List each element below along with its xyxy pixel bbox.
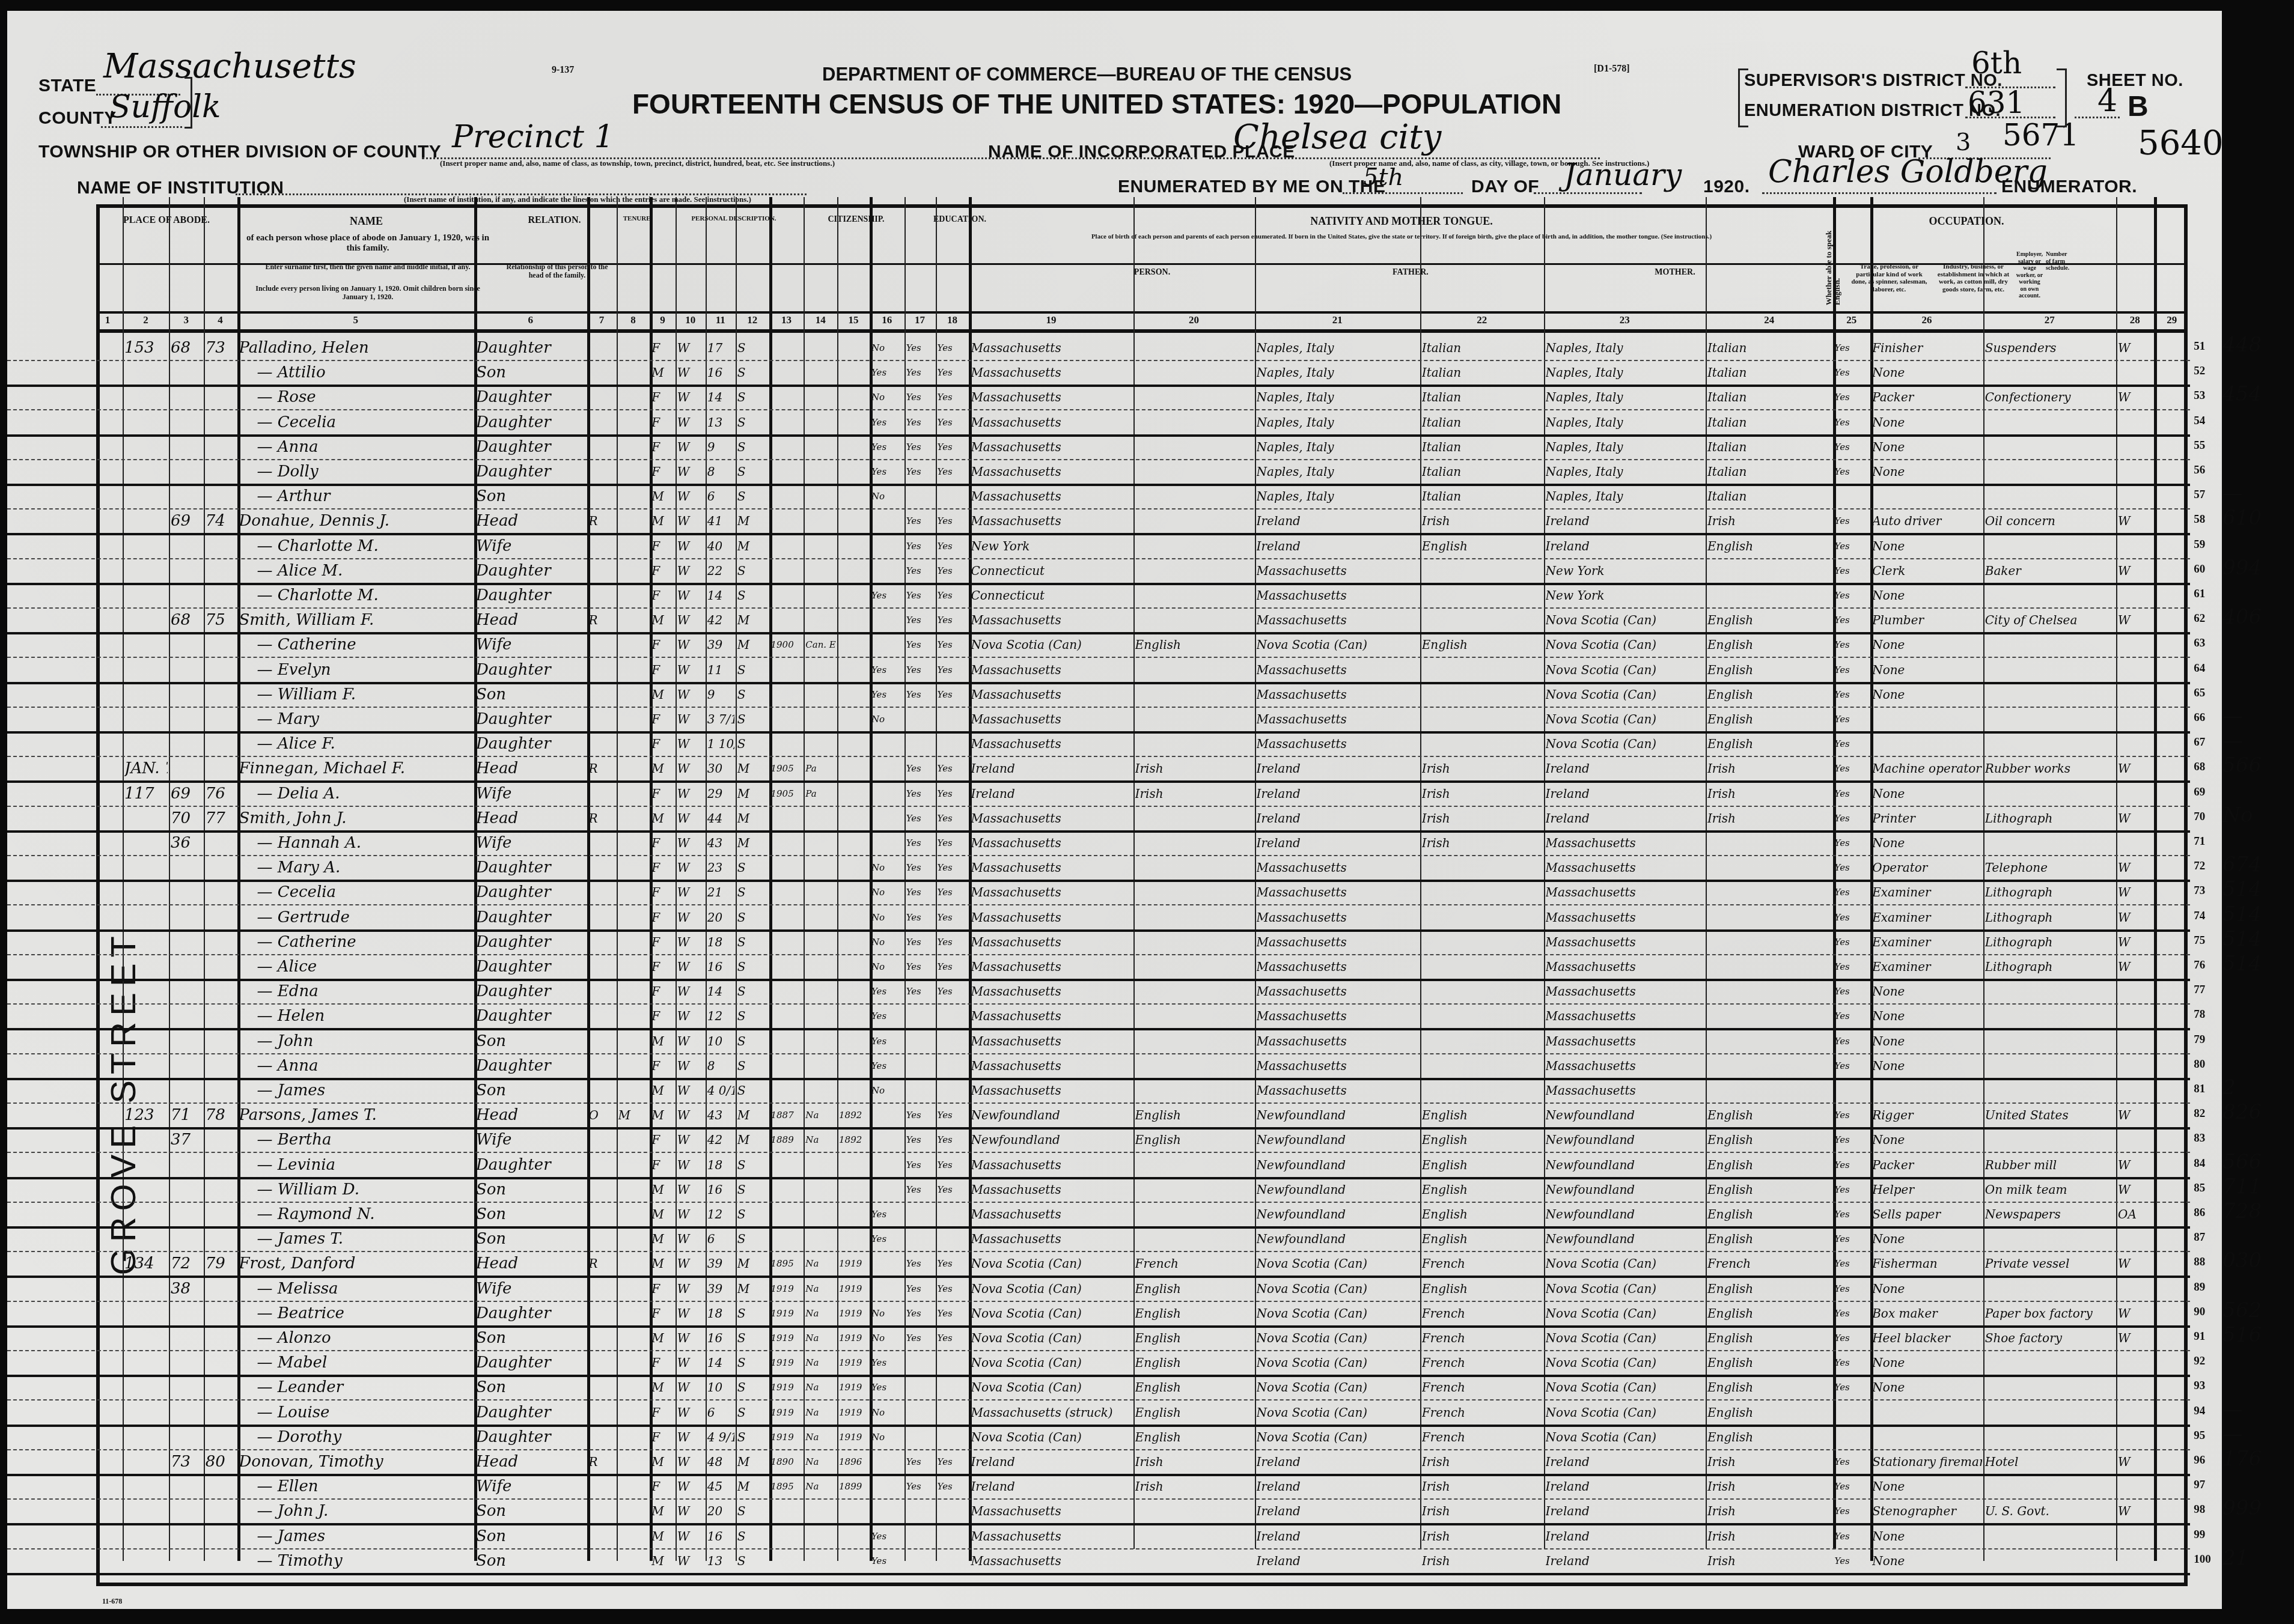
father-mother-tongue: English xyxy=(1422,1178,1543,1201)
house-number xyxy=(124,683,168,706)
race: W xyxy=(677,931,704,953)
dwelling-number xyxy=(171,1203,203,1226)
table-row: 57 — Arthur Son M W 6 S No Massachusetts… xyxy=(7,484,2190,509)
nativity-person: PERSON. xyxy=(1017,268,1287,278)
person-name: — Alice M. xyxy=(239,559,491,582)
employer-class: W xyxy=(2118,609,2153,631)
industry: U. S. Govt. xyxy=(1985,1500,2115,1522)
race: W xyxy=(677,559,704,582)
marital-status: M xyxy=(737,1104,768,1127)
employer-class: W xyxy=(2118,1154,2153,1176)
father-place-of-birth: Naples, Italy xyxy=(1257,460,1419,483)
age: 14 xyxy=(707,584,734,607)
line-number: 97 xyxy=(2194,1479,2205,1492)
farm-schedule xyxy=(2156,832,2189,854)
age: 22 xyxy=(707,559,734,582)
father-mother-tongue xyxy=(1422,683,1543,706)
naturalized xyxy=(805,658,836,681)
race: W xyxy=(677,1030,704,1053)
house-number xyxy=(124,411,168,434)
house-number xyxy=(124,955,168,978)
column-number: 13 xyxy=(769,314,804,326)
dwelling-number xyxy=(171,1327,203,1349)
person-name: — William D. xyxy=(239,1178,491,1201)
family-number xyxy=(206,931,236,953)
can-write: Yes xyxy=(938,509,968,532)
naturalized xyxy=(805,386,836,409)
tenure xyxy=(589,460,615,483)
line-number: 75 xyxy=(2194,934,2205,947)
can-read: Yes xyxy=(906,1252,935,1275)
person-name: Donahue, Dennis J. xyxy=(239,509,473,532)
line-number: 76 xyxy=(2194,959,2205,972)
father-mother-tongue: English xyxy=(1422,633,1543,656)
dwelling-number xyxy=(171,1302,203,1325)
marital-status: S xyxy=(737,1401,768,1424)
father-place-of-birth: Nova Scotia (Can) xyxy=(1257,633,1419,656)
occupation: None xyxy=(1872,535,1982,558)
race: W xyxy=(677,633,704,656)
occupation: Auto driver xyxy=(1872,509,1982,532)
father-place-of-birth: Ireland xyxy=(1257,1525,1419,1548)
naturalized: Pa xyxy=(805,782,836,805)
father-place-of-birth: Massachusetts xyxy=(1257,1079,1419,1102)
column-number: 16 xyxy=(870,314,904,326)
employer-class: W xyxy=(2118,856,2153,879)
can-read: Yes xyxy=(906,980,935,1003)
person-name: — Attilio xyxy=(239,361,491,384)
person-name: — Rose xyxy=(239,386,491,409)
race: W xyxy=(677,584,704,607)
naturalization-year xyxy=(839,832,868,854)
speaks-english: Yes xyxy=(1835,361,1870,384)
occupation: Plumber xyxy=(1872,609,1982,631)
relation: Son xyxy=(476,683,586,706)
person-name: — Alice xyxy=(239,955,491,978)
mortgage xyxy=(618,1128,649,1151)
age: 40 xyxy=(707,535,734,558)
father-mother-tongue: English xyxy=(1422,1203,1543,1226)
father-place-of-birth: Ireland xyxy=(1257,832,1419,854)
relation: Daughter xyxy=(476,411,586,434)
mother-place-of-birth: Massachusetts xyxy=(1546,1030,1704,1053)
dwelling-number xyxy=(171,1054,203,1077)
mother-place-of-birth: Nova Scotia (Can) xyxy=(1546,1327,1704,1349)
column-number: 8 xyxy=(617,314,650,326)
tenure xyxy=(589,535,615,558)
attended-school xyxy=(871,1178,903,1201)
sex: F xyxy=(651,658,674,681)
line-number: 74 xyxy=(2194,910,2205,923)
father-mother-tongue: Irish xyxy=(1422,1475,1543,1498)
immigration-year xyxy=(771,856,803,879)
immigration-year xyxy=(771,584,803,607)
occupation: None xyxy=(1872,436,1982,458)
farm-schedule xyxy=(2156,1450,2189,1473)
sex: F xyxy=(651,633,674,656)
mother-tongue: English xyxy=(1135,633,1254,656)
relation: Son xyxy=(476,1030,586,1053)
mother-place-of-birth: Nova Scotia (Can) xyxy=(1546,708,1704,731)
table-row: 52 — Attilio Son M W 16 S Yes Yes Yes Ma… xyxy=(7,360,2190,387)
naturalized xyxy=(805,361,836,384)
mother-tongue: English xyxy=(1135,1426,1254,1449)
industry: Baker xyxy=(1985,559,2115,582)
dwelling-number xyxy=(171,1227,203,1250)
tenure: R xyxy=(589,609,615,631)
age: 30 xyxy=(707,757,734,780)
naturalization-year xyxy=(839,807,868,830)
mother-tongue xyxy=(1135,386,1254,409)
race: W xyxy=(677,1128,704,1151)
occupation: Examiner xyxy=(1872,906,1982,929)
race: W xyxy=(677,1549,704,1572)
occupation: Examiner xyxy=(1872,931,1982,953)
father-mother-tongue: French xyxy=(1422,1327,1543,1349)
sex: F xyxy=(651,1128,674,1151)
can-write: Yes xyxy=(938,535,968,558)
mortgage xyxy=(618,1252,649,1275)
naturalized: Na xyxy=(805,1426,836,1449)
mother-mother-tongue xyxy=(1707,906,1832,929)
speaks-english: Yes xyxy=(1835,1327,1870,1349)
dwelling-number xyxy=(171,460,203,483)
speaks-english: Yes xyxy=(1835,782,1870,805)
tenure xyxy=(589,931,615,953)
immigration-year: 1890 xyxy=(771,1450,803,1473)
occupation: None xyxy=(1872,361,1982,384)
dwelling-number xyxy=(171,584,203,607)
table-row: 61 — Charlotte M. Daughter F W 14 S Yes … xyxy=(7,583,2190,609)
can-read: Yes xyxy=(906,683,935,706)
person-name: — Louise xyxy=(239,1401,491,1424)
mother-place-of-birth: Massachusetts xyxy=(1546,955,1704,978)
house-number xyxy=(124,1327,168,1349)
farm-schedule xyxy=(2156,361,2189,384)
mother-mother-tongue: English xyxy=(1707,1128,1832,1151)
race: W xyxy=(677,708,704,731)
mother-mother-tongue: English xyxy=(1707,1277,1832,1300)
attended-school: No xyxy=(871,1302,903,1325)
house-number xyxy=(124,1005,168,1027)
occupation: None xyxy=(1872,460,1982,483)
father-place-of-birth: Ireland xyxy=(1257,807,1419,830)
place-of-birth: Massachusetts xyxy=(971,980,1132,1003)
marital-status: S xyxy=(737,1302,768,1325)
naturalized: Na xyxy=(805,1450,836,1473)
attended-school xyxy=(871,1450,903,1473)
farm-schedule xyxy=(2156,1500,2189,1522)
table-row: 51 153 68 73 Palladino, Helen Daughter F… xyxy=(7,335,2190,361)
can-write xyxy=(938,1005,968,1027)
race: W xyxy=(677,1079,704,1102)
father-mother-tongue xyxy=(1422,980,1543,1003)
line-number: 87 xyxy=(2194,1231,2205,1244)
race: W xyxy=(677,1203,704,1226)
tenure xyxy=(589,881,615,904)
industry xyxy=(1985,1475,2115,1498)
dwelling-number xyxy=(171,559,203,582)
house-number xyxy=(124,509,168,532)
relation: Wife xyxy=(476,535,586,558)
age: 16 xyxy=(707,955,734,978)
marital-status: S xyxy=(737,361,768,384)
marital-status: S xyxy=(737,336,768,359)
father-place-of-birth: Massachusetts xyxy=(1257,1005,1419,1027)
mother-tongue xyxy=(1135,609,1254,631)
employer-class: W xyxy=(2118,1327,2153,1349)
mortgage xyxy=(618,683,649,706)
sex: F xyxy=(651,1277,674,1300)
immigration-year xyxy=(771,980,803,1003)
naturalized: Na xyxy=(805,1327,836,1349)
mother-place-of-birth: Nova Scotia (Can) xyxy=(1546,1426,1704,1449)
family-number: 73 xyxy=(206,336,236,359)
can-write: Yes xyxy=(938,856,968,879)
farm-schedule xyxy=(2156,609,2189,631)
mother-place-of-birth: Newfoundland xyxy=(1546,1128,1704,1151)
attended-school xyxy=(871,1277,903,1300)
mother-place-of-birth: Naples, Italy xyxy=(1546,460,1704,483)
can-read: Yes xyxy=(906,1154,935,1176)
mother-mother-tongue xyxy=(1707,1005,1832,1027)
industry: Lithograph xyxy=(1985,881,2115,904)
age: 29 xyxy=(707,782,734,805)
house-number xyxy=(124,386,168,409)
race: W xyxy=(677,1376,704,1399)
attended-school xyxy=(871,633,903,656)
can-write: Yes xyxy=(938,1302,968,1325)
mother-mother-tongue xyxy=(1707,1079,1832,1102)
mother-tongue: English xyxy=(1135,1351,1254,1374)
father-mother-tongue xyxy=(1422,856,1543,879)
occupation xyxy=(1872,1079,1982,1102)
naturalization-year xyxy=(839,1549,868,1572)
line-number: 90 xyxy=(2194,1306,2205,1319)
group-tenure: TENURE. xyxy=(611,215,664,223)
relation: Daughter xyxy=(476,1054,586,1077)
father-place-of-birth: Massachusetts xyxy=(1257,980,1419,1003)
naturalized: Na xyxy=(805,1302,836,1325)
mother-tongue xyxy=(1135,1525,1254,1548)
naturalization-year xyxy=(839,782,868,805)
mother-tongue xyxy=(1135,1005,1254,1027)
person-name: — Melissa xyxy=(239,1277,491,1300)
naturalized: Na xyxy=(805,1252,836,1275)
mother-place-of-birth: Newfoundland xyxy=(1546,1178,1704,1201)
immigration-year: 1889 xyxy=(771,1128,803,1151)
mortgage xyxy=(618,609,649,631)
occupation: Machine operator xyxy=(1872,757,1982,780)
age: 10 xyxy=(707,1376,734,1399)
person-name: Smith, William F. xyxy=(239,609,473,631)
place-of-birth: Connecticut xyxy=(971,584,1132,607)
race: W xyxy=(677,609,704,631)
mother-mother-tongue: Irish xyxy=(1707,1450,1832,1473)
naturalized xyxy=(805,1178,836,1201)
line-number: 73 xyxy=(2194,884,2205,898)
occupation: Stationary fireman xyxy=(1872,1450,1982,1473)
farm-schedule xyxy=(2156,931,2189,953)
marital-status: M xyxy=(737,1475,768,1498)
employer-class xyxy=(2118,708,2153,731)
attended-school: Yes xyxy=(871,584,903,607)
person-name: — Levinia xyxy=(239,1154,491,1176)
race: W xyxy=(677,832,704,854)
naturalization-year xyxy=(839,1154,868,1176)
attended-school: Yes xyxy=(871,658,903,681)
speaks-english: Yes xyxy=(1835,411,1870,434)
dwelling-number xyxy=(171,361,203,384)
tenure xyxy=(589,1277,615,1300)
father-mother-tongue: Irish xyxy=(1422,1500,1543,1522)
table-row: 97 — Ellen Wife F W 45 M 1895 Na 1899 Ye… xyxy=(7,1474,2190,1500)
can-read: Yes xyxy=(906,460,935,483)
industry xyxy=(1985,683,2115,706)
attended-school xyxy=(871,1128,903,1151)
township-note: (Insert proper name and, also, name of c… xyxy=(440,159,835,168)
relation: Daughter xyxy=(476,460,586,483)
line-number: 95 xyxy=(2194,1429,2205,1443)
relation: Daughter xyxy=(476,658,586,681)
can-write: Yes xyxy=(938,931,968,953)
place-of-birth: Massachusetts xyxy=(971,931,1132,953)
mother-mother-tongue: Irish xyxy=(1707,1549,1832,1572)
father-place-of-birth: Naples, Italy xyxy=(1257,336,1419,359)
naturalization-year xyxy=(839,559,868,582)
column-number: 19 xyxy=(969,314,1133,326)
marital-status: S xyxy=(737,1203,768,1226)
margin-code: 610 xyxy=(2222,506,2262,530)
relation: Daughter xyxy=(476,906,586,929)
age: 14 xyxy=(707,1351,734,1374)
attended-school: No xyxy=(871,955,903,978)
age: 45 xyxy=(707,1475,734,1498)
speaks-english: Yes xyxy=(1835,336,1870,359)
mother-place-of-birth: Nova Scotia (Can) xyxy=(1546,1302,1704,1325)
relation: Daughter xyxy=(476,1154,586,1176)
dwelling-number: 70 xyxy=(171,807,203,830)
can-read: Yes xyxy=(906,1302,935,1325)
race: W xyxy=(677,1154,704,1176)
column-number: 22 xyxy=(1420,314,1544,326)
farm-schedule xyxy=(2156,1128,2189,1151)
age: 17 xyxy=(707,336,734,359)
marital-status: S xyxy=(737,881,768,904)
sex: F xyxy=(651,1401,674,1424)
sex: M xyxy=(651,1079,674,1102)
immigration-year xyxy=(771,807,803,830)
age: 13 xyxy=(707,411,734,434)
race: W xyxy=(677,1525,704,1548)
margin-code: 562 xyxy=(2222,1298,2262,1322)
house-number xyxy=(124,485,168,508)
nativity-mother: MOTHER. xyxy=(1543,268,1807,278)
mother-tongue: English xyxy=(1135,1128,1254,1151)
mother-mother-tongue: Irish xyxy=(1707,1475,1832,1498)
naturalized xyxy=(805,535,836,558)
mother-place-of-birth: New York xyxy=(1546,584,1704,607)
dwelling-number xyxy=(171,708,203,731)
margin-code: 514 xyxy=(2222,952,2262,976)
father-mother-tongue: French xyxy=(1422,1302,1543,1325)
place-of-birth: Nova Scotia (Can) xyxy=(971,1277,1132,1300)
speaks-english: Yes xyxy=(1835,955,1870,978)
naturalized xyxy=(805,832,836,854)
place-of-birth: Ireland xyxy=(971,1475,1132,1498)
race: W xyxy=(677,1104,704,1127)
mother-tongue xyxy=(1135,509,1254,532)
table-row: 77 — Edna Daughter F W 14 S Yes Yes Yes … xyxy=(7,979,2190,1005)
father-place-of-birth: Massachusetts xyxy=(1257,906,1419,929)
institution-note: (Insert name of institution, if any, and… xyxy=(404,195,751,204)
mother-mother-tongue: Italian xyxy=(1707,485,1832,508)
mother-tongue: French xyxy=(1135,1252,1254,1275)
mortgage xyxy=(618,1500,649,1522)
mother-tongue xyxy=(1135,856,1254,879)
sex: F xyxy=(651,931,674,953)
mother-tongue: Irish xyxy=(1135,782,1254,805)
immigration-year xyxy=(771,732,803,755)
relation: Daughter xyxy=(476,1302,586,1325)
family-number xyxy=(206,757,236,780)
marital-status: S xyxy=(737,386,768,409)
mother-place-of-birth: Ireland xyxy=(1546,1500,1704,1522)
occupation: None xyxy=(1872,832,1982,854)
farm-schedule xyxy=(2156,856,2189,879)
dwelling-number: 38 xyxy=(171,1277,203,1300)
tenure xyxy=(589,732,615,755)
place-of-birth: Ireland xyxy=(971,782,1132,805)
table-row: 70 70 77 Smith, John J. Head R M W 44 M … xyxy=(7,806,2190,833)
naturalized xyxy=(805,609,836,631)
attended-school: No xyxy=(871,336,903,359)
age: 11 xyxy=(707,658,734,681)
mother-tongue xyxy=(1135,1549,1254,1572)
relation: Wife xyxy=(476,1475,586,1498)
employer-class xyxy=(2118,1128,2153,1151)
place-value: Chelsea city xyxy=(1233,118,1441,157)
line-number: 77 xyxy=(2194,984,2205,997)
employer-class xyxy=(2118,1030,2153,1053)
form-id: [D1-578] xyxy=(1594,64,1630,75)
mortgage xyxy=(618,931,649,953)
race: W xyxy=(677,683,704,706)
industry: Rubber mill xyxy=(1985,1154,2115,1176)
immigration-year xyxy=(771,1178,803,1201)
table-row: 69 117 69 76 — Delia A. Wife F W 29 M 19… xyxy=(7,781,2190,807)
tenure xyxy=(589,856,615,879)
father-place-of-birth: Ireland xyxy=(1257,535,1419,558)
naturalization-year xyxy=(839,609,868,631)
can-read xyxy=(906,1549,935,1572)
speaks-english xyxy=(1835,1426,1870,1449)
tenure xyxy=(589,658,615,681)
can-write: Yes xyxy=(938,1178,968,1201)
naturalization-year: 1892 xyxy=(839,1128,868,1151)
naturalized xyxy=(805,411,836,434)
house-number xyxy=(124,1475,168,1498)
father-place-of-birth: Nova Scotia (Can) xyxy=(1257,1252,1419,1275)
tenure xyxy=(589,1054,615,1077)
immigration-year xyxy=(771,658,803,681)
speaks-english: Yes xyxy=(1835,856,1870,879)
marital-status: S xyxy=(737,1154,768,1176)
mother-tongue: English xyxy=(1135,1104,1254,1127)
enumerated-day: 5th xyxy=(1363,163,1403,191)
dwelling-number: 73 xyxy=(171,1450,203,1473)
mother-mother-tongue: English xyxy=(1707,1376,1832,1399)
